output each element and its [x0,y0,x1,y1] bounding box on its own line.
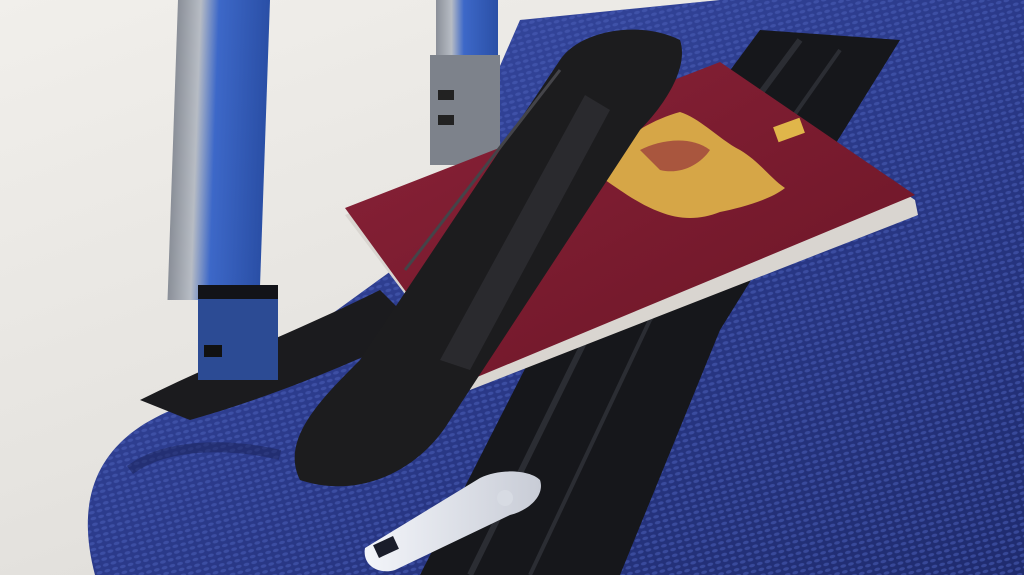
photo-scene: PASPOO KONINKR [0,0,1024,575]
suitcase-photo: PASPOO KONINKR [0,0,1024,575]
